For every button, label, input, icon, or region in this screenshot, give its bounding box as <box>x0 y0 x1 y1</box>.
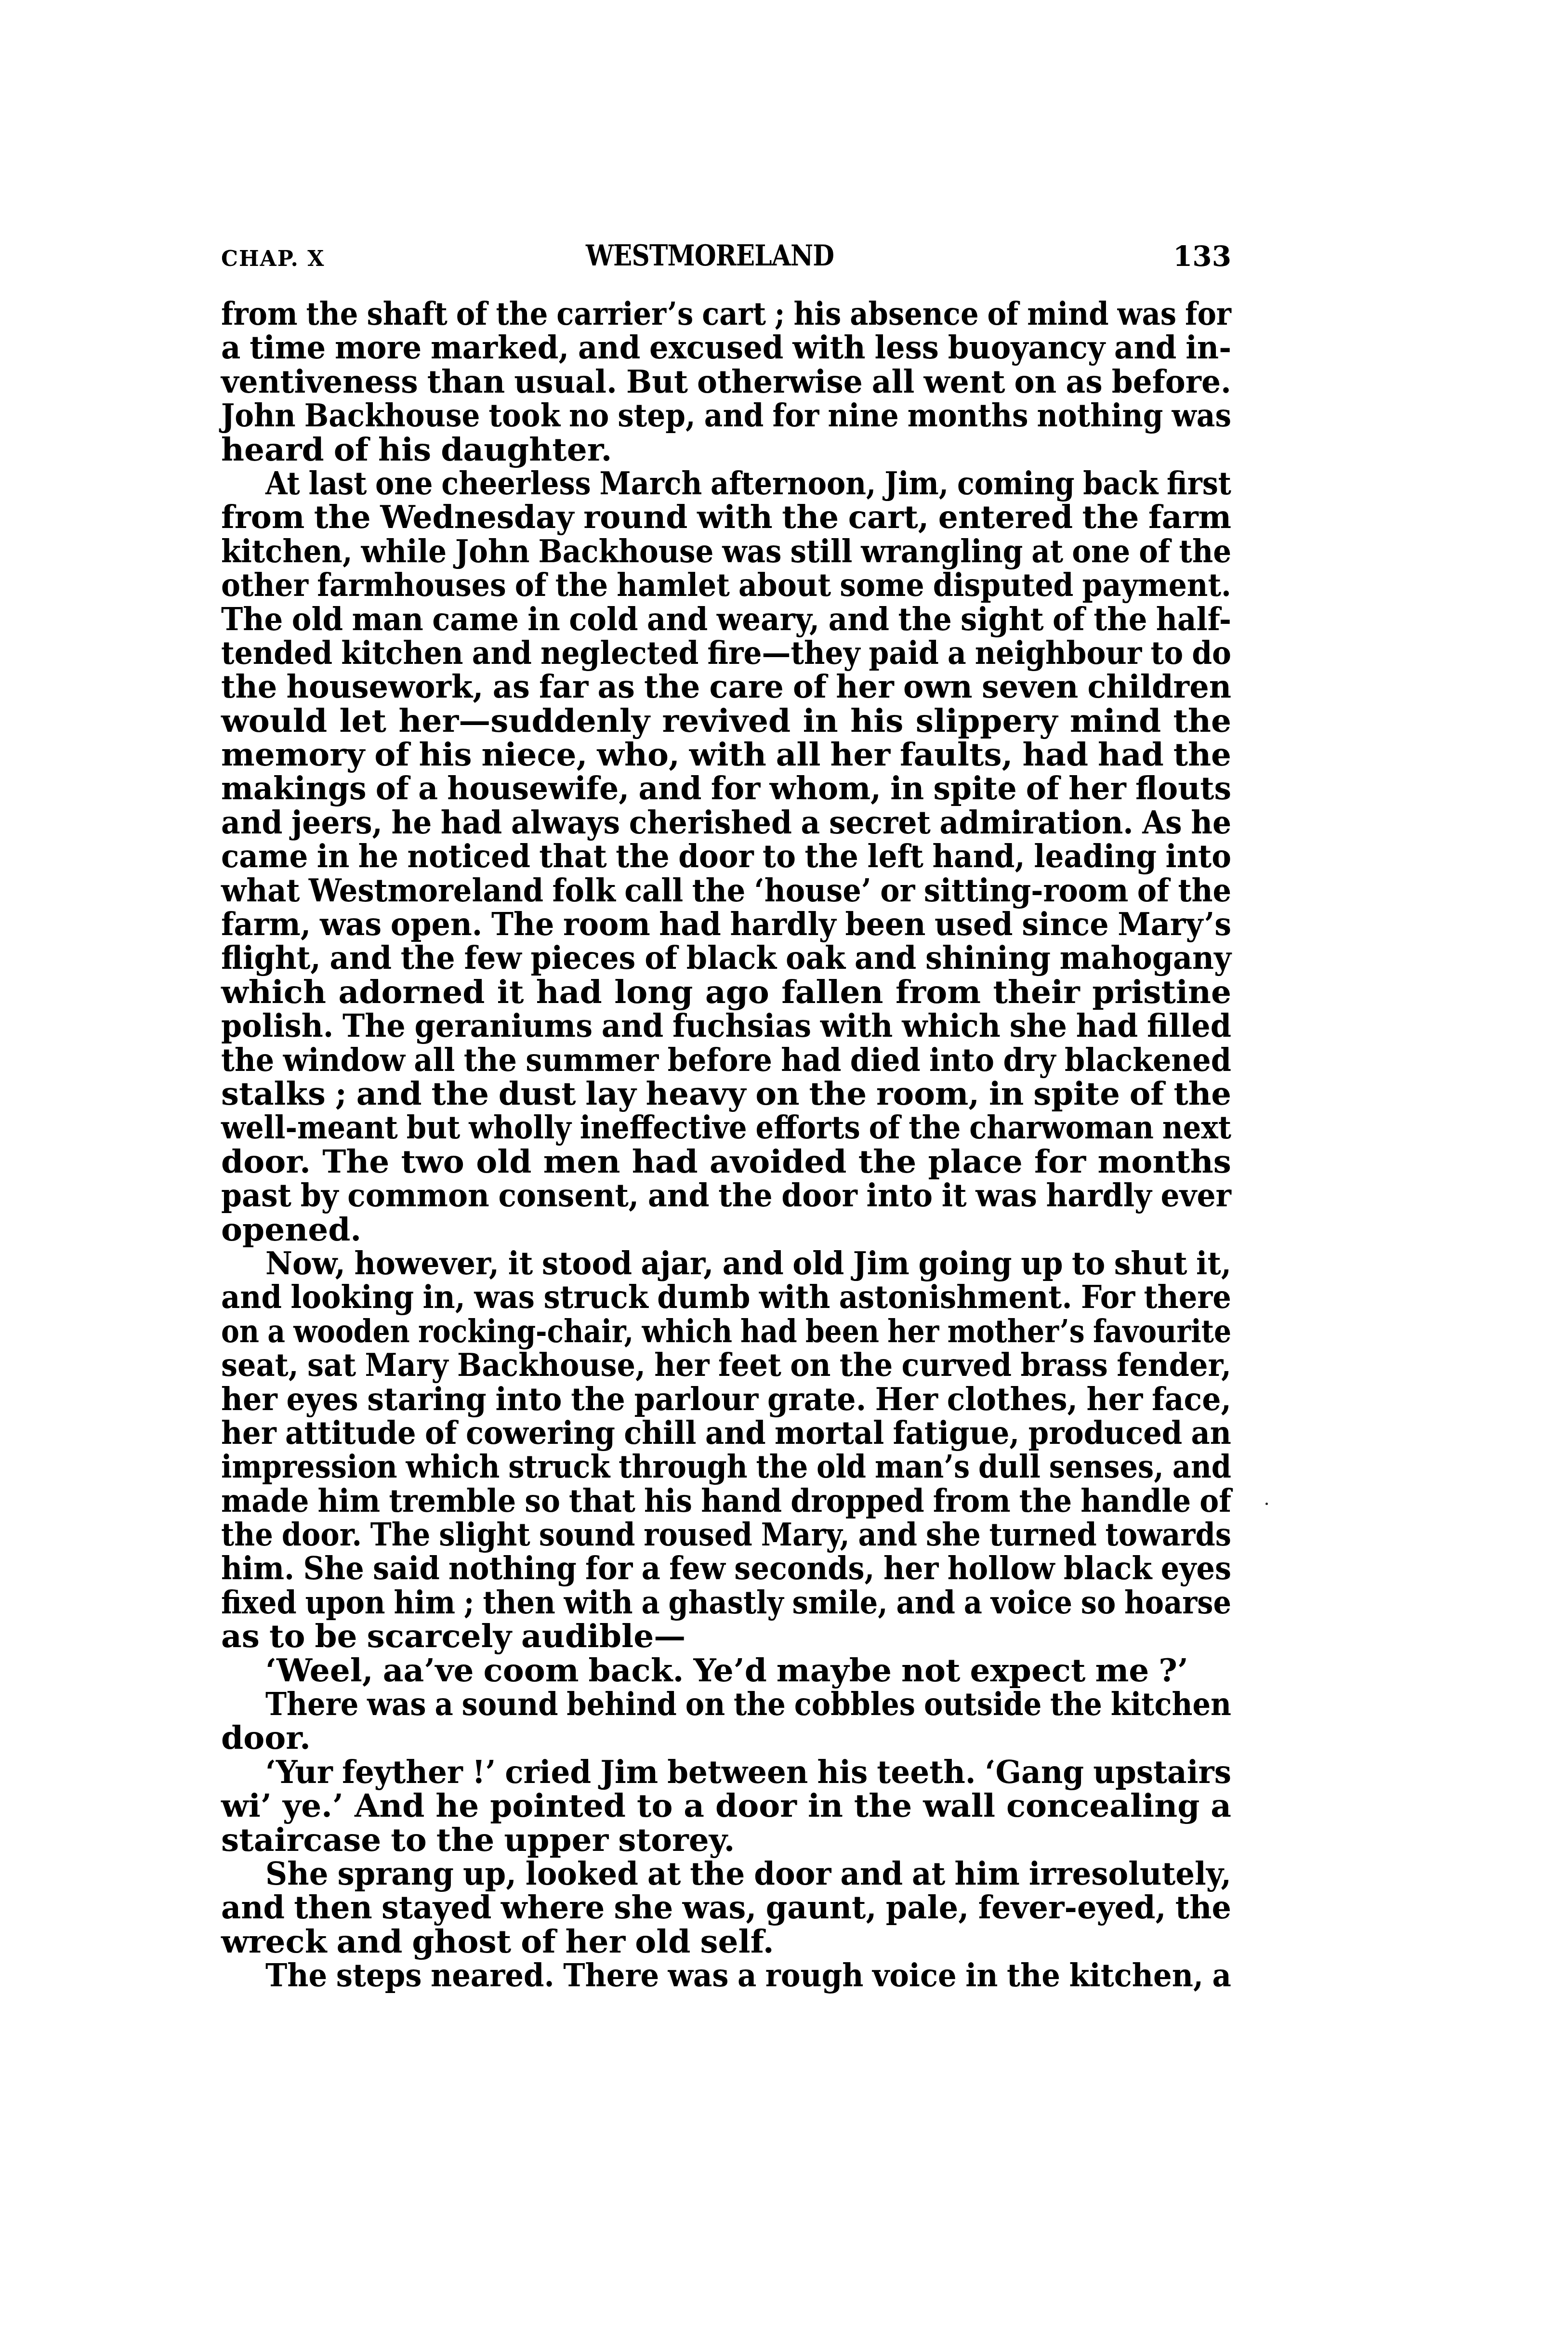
text-line: past by common consent, and the door int… <box>221 1178 1231 1212</box>
text-line: ‘Yur feyther !’ cried Jim between his te… <box>221 1755 1231 1789</box>
text-line: the door. The slight sound roused Mary, … <box>221 1518 1231 1551</box>
body-text: from the shaft of the carrier’s cart ; h… <box>221 297 1231 1993</box>
text-line: her eyes staring into the parlour grate.… <box>221 1382 1231 1416</box>
text-line: At last one cheerless March afternoon, J… <box>221 466 1231 500</box>
text-line: him. She said nothing for a few seconds,… <box>221 1551 1231 1585</box>
text-line: farm, was open. The room had hardly been… <box>221 907 1231 941</box>
text-line: other farmhouses of the hamlet about som… <box>221 568 1231 602</box>
running-title: WESTMORELAND <box>586 239 834 273</box>
text-line: and then stayed where she was, gaunt, pa… <box>221 1890 1231 1924</box>
text-line: well-meant but wholly ineffective effort… <box>221 1110 1231 1144</box>
text-line: She sprang up, looked at the door and at… <box>221 1857 1231 1890</box>
text-line: came in he noticed that the door to the … <box>221 839 1231 873</box>
text-line: on a wooden rocking-chair, which had bee… <box>221 1314 1231 1348</box>
text-line: made him tremble so that his hand droppe… <box>221 1484 1231 1518</box>
text-line: door. The two old men had avoided the pl… <box>221 1145 1231 1178</box>
text-line: fixed upon him ; then with a ghastly smi… <box>221 1585 1231 1619</box>
text-line: a time more marked, and excused with les… <box>221 330 1231 364</box>
book-page: CHAP. X WESTMORELAND 133 from the shaft … <box>0 0 1568 2350</box>
running-head: CHAP. X WESTMORELAND 133 <box>221 237 1231 271</box>
text-line: John Backhouse took no step, and for nin… <box>221 398 1231 432</box>
text-line: staircase to the upper storey. <box>221 1823 1231 1857</box>
text-line: flight, and the few pieces of black oak … <box>221 941 1231 975</box>
text-line: stalks ; and the dust lay heavy on the r… <box>221 1077 1231 1110</box>
text-line: The old man came in cold and weary, and … <box>221 602 1231 636</box>
text-line: from the Wednesday round with the cart, … <box>221 500 1231 534</box>
text-line: and jeers, he had always cherished a sec… <box>221 805 1231 839</box>
page-number: 133 <box>1173 240 1231 273</box>
text-line: which adorned it had long ago fallen fro… <box>221 975 1231 1009</box>
text-line: There was a sound behind on the cobbles … <box>221 1687 1231 1721</box>
text-line: ‘Weel, aa’ve coom back. Ye’d maybe not e… <box>221 1653 1231 1687</box>
text-line: tended kitchen and neglected fire—they p… <box>221 636 1231 670</box>
text-line: wi’ ye.’ And he pointed to a door in the… <box>221 1789 1231 1822</box>
margin-speck <box>1265 1503 1268 1505</box>
text-line: her attitude of cowering chill and morta… <box>221 1416 1231 1450</box>
text-line: polish. The geraniums and fuchsias with … <box>221 1009 1231 1043</box>
text-line: makings of a housewife, and for whom, in… <box>221 771 1231 805</box>
text-line: seat, sat Mary Backhouse, her feet on th… <box>221 1348 1231 1382</box>
text-line: kitchen, while John Backhouse was still … <box>221 534 1231 568</box>
text-line: The steps neared. There was a rough voic… <box>221 1958 1231 1992</box>
chapter-label: CHAP. X <box>221 247 325 271</box>
text-line: the housework, as far as the care of her… <box>221 670 1231 703</box>
text-line: opened. <box>221 1213 1231 1246</box>
text-line: as to be scarcely audible— <box>221 1619 1231 1653</box>
text-line: ventiveness than usual. But otherwise al… <box>221 365 1231 398</box>
text-line: from the shaft of the carrier’s cart ; h… <box>221 297 1231 330</box>
text-line: what Westmoreland folk call the ‘house’ … <box>221 873 1231 907</box>
text-line: Now, however, it stood ajar, and old Jim… <box>221 1246 1231 1280</box>
text-line: the window all the summer before had die… <box>221 1043 1231 1077</box>
text-line: wreck and ghost of her old self. <box>221 1925 1231 1958</box>
text-line: and looking in, was struck dumb with ast… <box>221 1280 1231 1314</box>
text-line: would let her—suddenly revived in his sl… <box>221 704 1231 738</box>
text-line: memory of his niece, who, with all her f… <box>221 738 1231 771</box>
text-line: heard of his daughter. <box>221 433 1231 466</box>
text-line: impression which struck through the old … <box>221 1450 1231 1483</box>
text-line: door. <box>221 1721 1231 1755</box>
